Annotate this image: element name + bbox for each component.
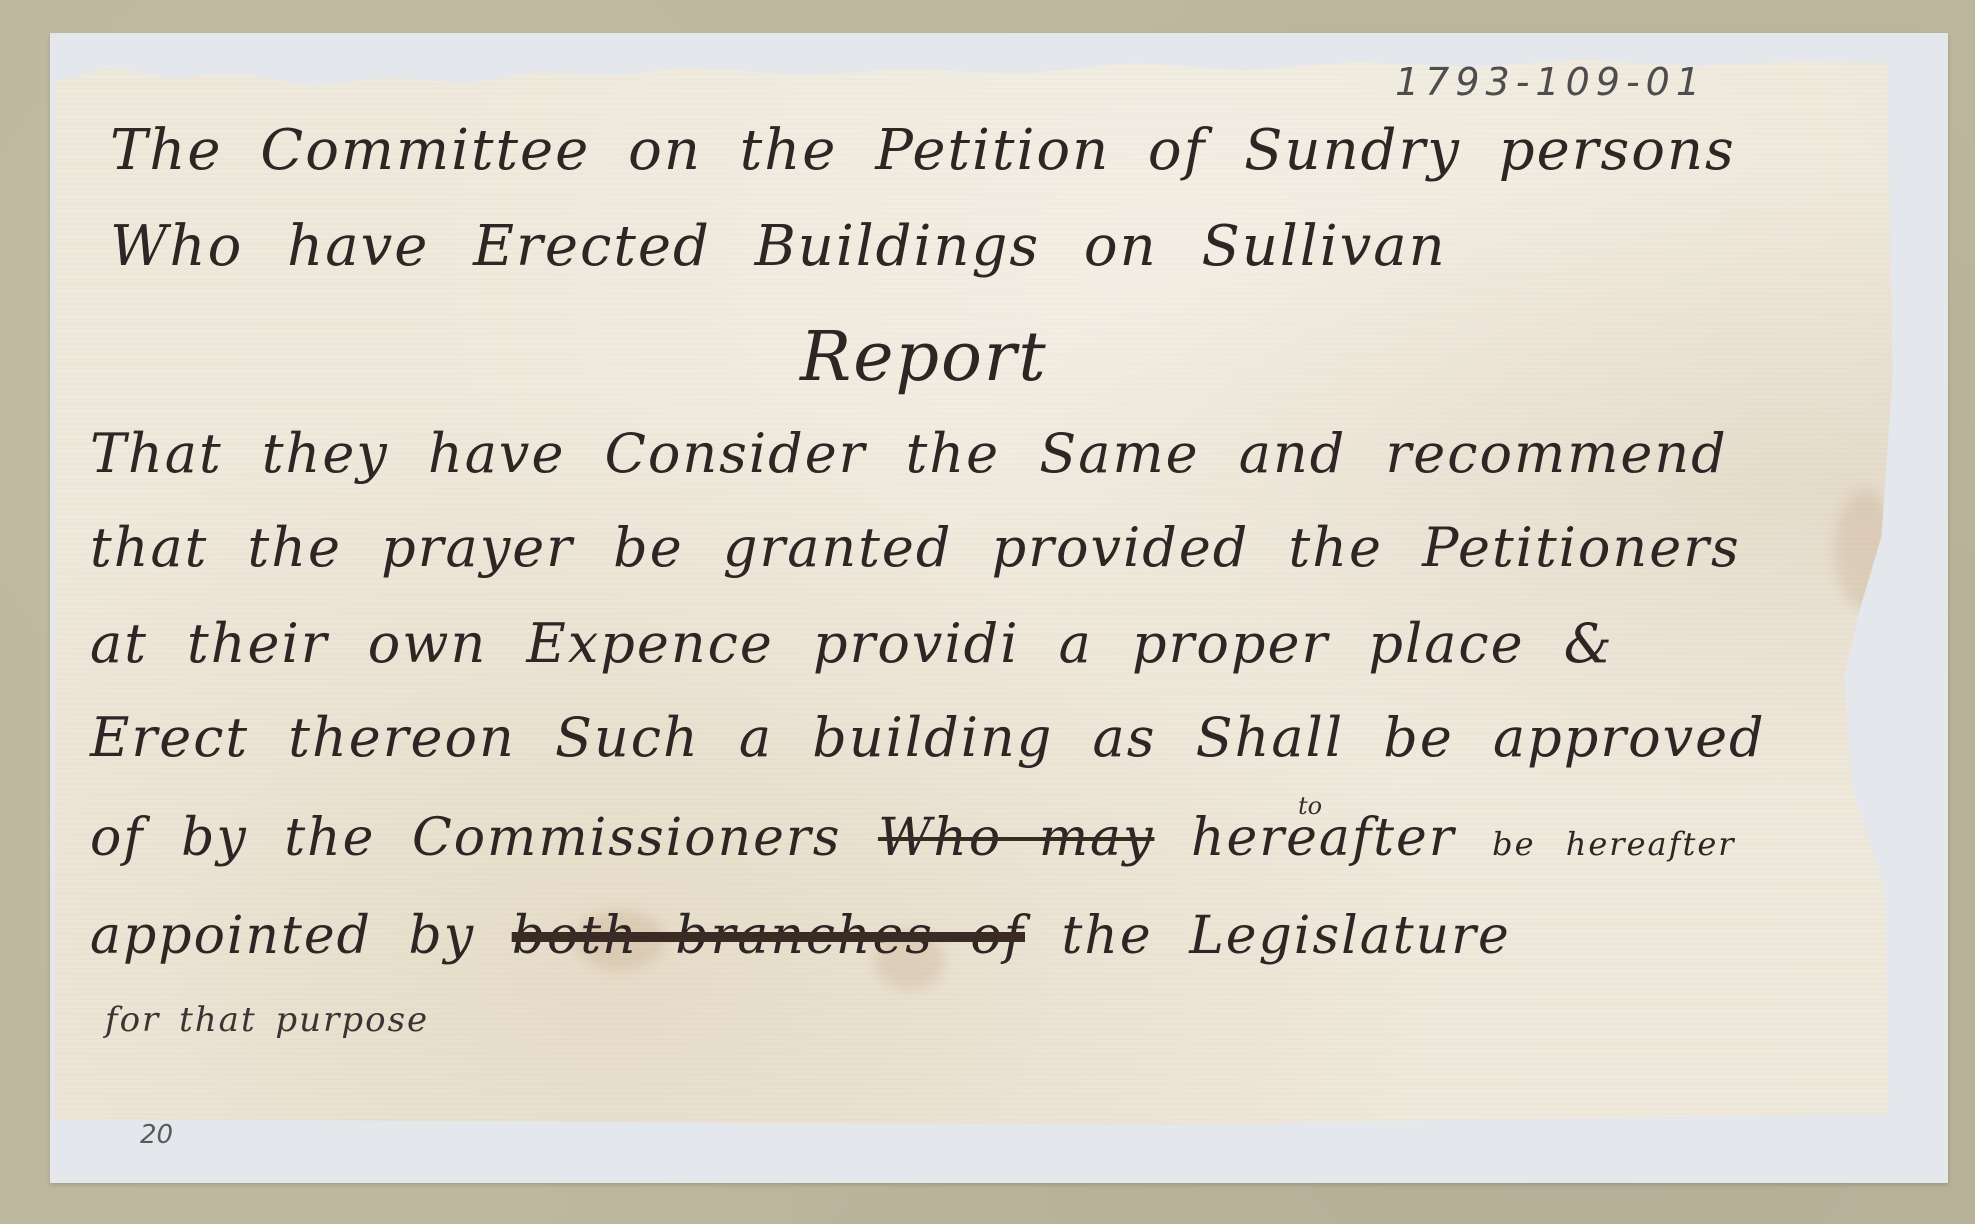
line-segment: of by the Commissioners [90, 808, 878, 868]
interlinear-insertion: to [1298, 792, 1322, 820]
manuscript-line-body-2: that the prayer be granted provided the … [90, 516, 1741, 579]
manuscript-line-body-1: That they have Consider the Same and rec… [90, 422, 1728, 485]
manuscript-line-body-5: of by the Commissioners Who may hereafte… [90, 808, 1736, 868]
manuscript-line-body-4: Erect thereon Such a building as Shall b… [90, 706, 1766, 769]
manuscript-sheet [55, 50, 1915, 1130]
page-number: 20 [140, 1120, 173, 1150]
line-segment: appointed by [90, 906, 512, 966]
manuscript-line-body-6: appointed by both branches of the Legisl… [90, 906, 1511, 966]
manuscript-line-title-1: The Committee on the Petition of Sundry … [110, 118, 1736, 183]
line-segment: hereafter [1154, 808, 1492, 868]
line-segment: the Legislature [1025, 906, 1511, 966]
catalog-number: 1793-109-01 [1395, 60, 1706, 104]
struck-out-text: both branches of [512, 906, 1025, 966]
manuscript-heading-report: Report [800, 318, 1048, 397]
line-segment-small: be hereafter [1492, 825, 1735, 863]
struck-out-text: Who may [878, 808, 1154, 868]
manuscript-line-title-2: Who have Erected Buildings on Sullivan [110, 214, 1447, 279]
manuscript-postscript: for that purpose [105, 1000, 429, 1040]
manuscript-line-body-3: at their own Expence providi a proper pl… [90, 612, 1614, 675]
